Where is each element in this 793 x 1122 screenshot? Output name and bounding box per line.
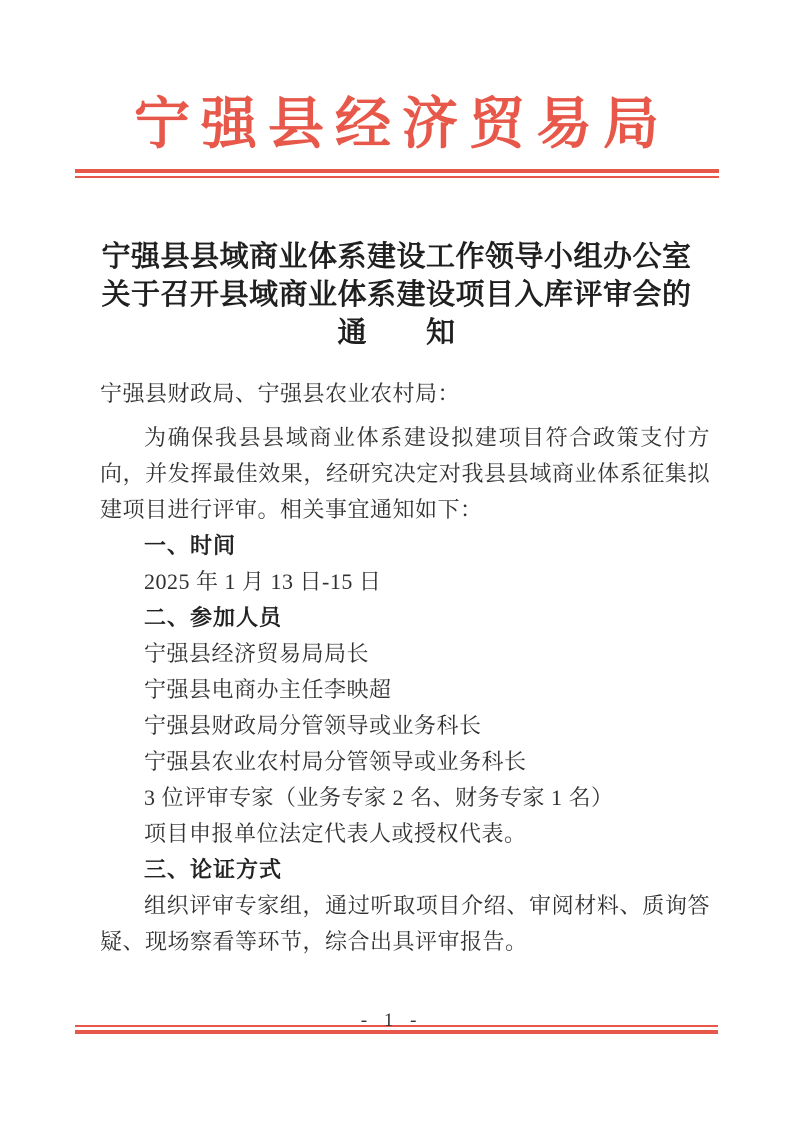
recipient-line: 宁强县财政局、宁强县农业农村局： bbox=[100, 376, 710, 412]
letterhead-rule-thick bbox=[75, 169, 719, 173]
participant-line: 3 位评审专家（业务专家 2 名、财务专家 1 名） bbox=[100, 780, 710, 816]
time-line: 2025 年 1 月 13 日-15 日 bbox=[100, 564, 710, 600]
method-paragraph: 组织评审专家组，通过听取项目介绍、审阅材料、质询答疑、现场察看等环节，综合出具评… bbox=[100, 888, 710, 960]
page-number: - 1 - bbox=[361, 1010, 423, 1032]
document-title: 宁强县县域商业体系建设工作领导小组办公室 关于召开县域商业体系建设项目入库评审会… bbox=[40, 238, 753, 352]
letterhead-title: 宁强县经济贸易局 bbox=[0, 92, 793, 159]
document-title-line1: 宁强县县域商业体系建设工作领导小组办公室 bbox=[40, 238, 753, 276]
participant-line: 宁强县经济贸易局局长 bbox=[100, 636, 710, 672]
page-footer: - 1 - bbox=[75, 1025, 718, 1034]
section-heading-method: 三、论证方式 bbox=[100, 852, 710, 888]
document-title-line3: 通 知 bbox=[40, 314, 753, 352]
letterhead-rule-thin bbox=[75, 176, 719, 178]
section-heading-participants: 二、参加人员 bbox=[100, 600, 710, 636]
participant-line: 宁强县电商办主任李映超 bbox=[100, 672, 710, 708]
letterhead: 宁强县经济贸易局 bbox=[0, 0, 793, 178]
participant-line: 项目申报单位法定代表人或授权代表。 bbox=[100, 816, 710, 852]
participant-line: 宁强县财政局分管领导或业务科长 bbox=[100, 708, 710, 744]
document-title-line2: 关于召开县域商业体系建设项目入库评审会的 bbox=[40, 276, 753, 314]
participant-line: 宁强县农业农村局分管领导或业务科长 bbox=[100, 744, 710, 780]
intro-paragraph: 为确保我县县域商业体系建设拟建项目符合政策支付方向，并发挥最佳效果，经研究决定对… bbox=[100, 420, 710, 528]
document-body: 宁强县财政局、宁强县农业农村局： 为确保我县县域商业体系建设拟建项目符合政策支付… bbox=[100, 376, 710, 960]
letterhead-rules bbox=[75, 169, 719, 178]
section-heading-time: 一、时间 bbox=[100, 528, 710, 564]
document-page: 宁强县经济贸易局 宁强县县域商业体系建设工作领导小组办公室 关于召开县域商业体系… bbox=[0, 0, 793, 1122]
